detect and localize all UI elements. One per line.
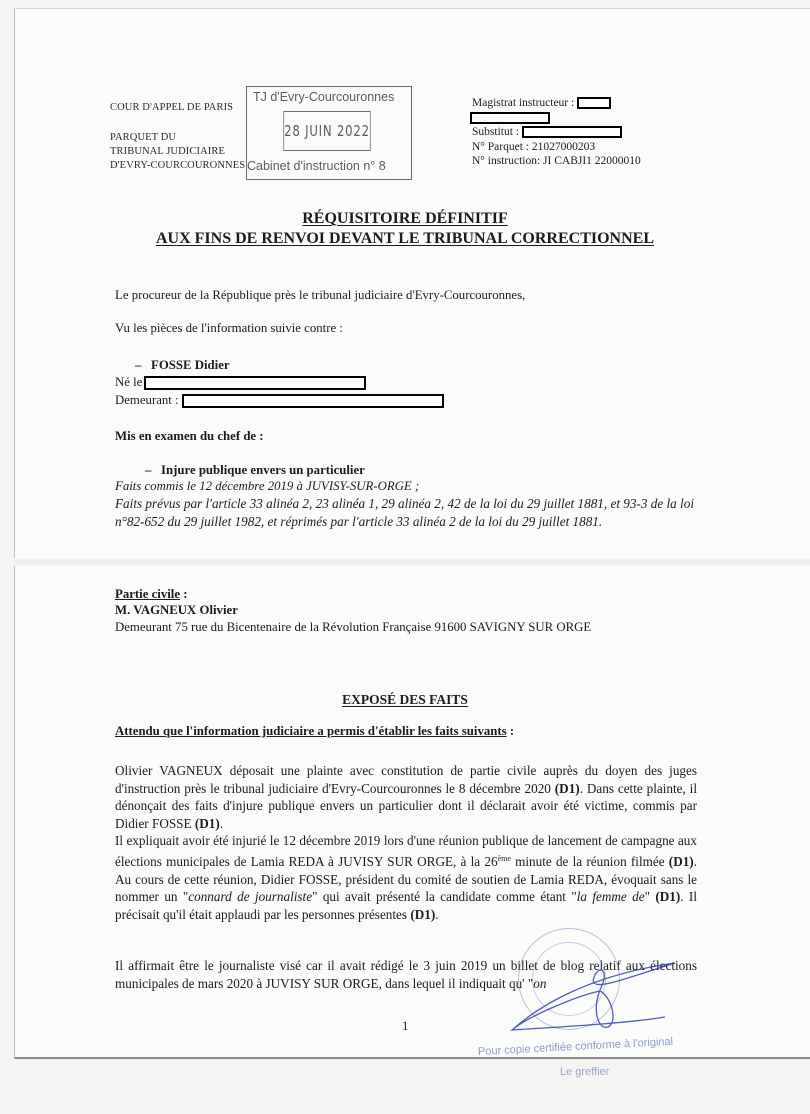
facts-paragraph-1: Olivier VAGNEUX déposait une plainte ave… [115,762,697,923]
magistrate-line: Magistrat instructeur : [472,96,641,111]
considering-statement: Vu les pièces de l'information suivie co… [115,320,343,337]
offense-committed: Faits commis le 12 décembre 2019 à JUVIS… [115,478,419,495]
civil-party-name: M. VAGNEUX Olivier [115,602,238,619]
defendant-address: Demeurant : [115,392,444,409]
defendant-birth: Né le [115,374,366,391]
redaction-box [577,97,611,109]
clerk-label: Le greffier [560,1066,609,1078]
redaction-box [470,112,550,124]
defendant-name: – FOSSE Didier [135,357,230,374]
signature-icon [500,935,680,1045]
stamp-court: TJ d'Evry-Courcouronnes [253,90,394,104]
facts-heading: EXPOSÉ DES FAITS [0,690,810,709]
page-number: 1 [402,1018,409,1034]
offense: – Injure publique envers un particulier [145,462,365,479]
parquet-block: PARQUET DU TRIBUNAL JUDICIAIRE D'EVRY-CO… [110,131,245,173]
paper-fold [14,558,810,566]
charges-heading: Mis en examen du chef de : [115,428,264,445]
parquet-number: N° Parquet : 21027000203 [472,140,641,155]
redaction-box [522,126,622,138]
received-stamp: TJ d'Evry-Courcouronnes 28 JUIN 2022 Cab… [246,86,412,180]
prosecutor-statement: Le procureur de la République près le tr… [115,287,525,304]
stamp-date: 28 JUIN 2022 [283,111,370,151]
substitute-line: Substitut : [472,125,641,140]
facts-subheading: Attendu que l'information judiciaire a p… [115,723,514,740]
redaction-box [144,376,366,390]
instruction-number: N° instruction: JI CABJI1 22000010 [472,154,641,169]
case-references: Magistrat instructeur : Substitut : N° P… [472,96,641,169]
court-name: COUR D'APPEL DE PARIS [110,101,233,115]
redaction-box [182,394,444,408]
civil-party-heading: Partie civile : [115,586,187,603]
civil-party-address: Demeurant 75 rue du Bicentenaire de la R… [115,619,591,636]
document-subtitle: AUX FINS DE RENVOI DEVANT LE TRIBUNAL CO… [0,229,810,248]
offense-legal-basis: Faits prévus par l'article 33 alinéa 2, … [115,495,695,530]
stamp-office: Cabinet d'instruction n° 8 [247,159,386,173]
document-title: RÉQUISITOIRE DÉFINITIF [0,209,810,228]
